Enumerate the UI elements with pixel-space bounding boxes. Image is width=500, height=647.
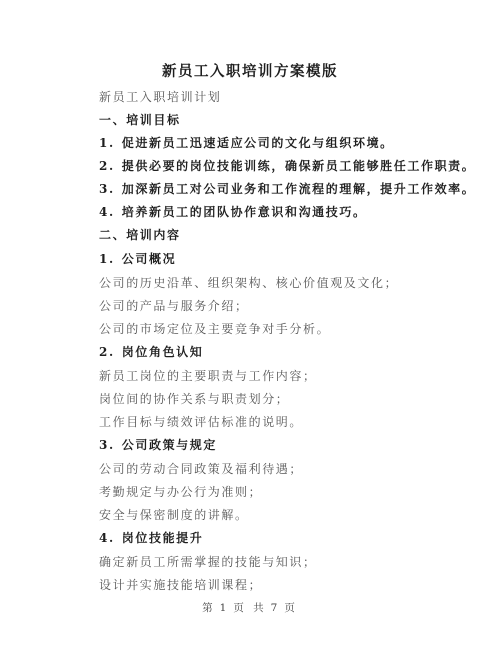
- document-subtitle: 新员工入职培训计划: [99, 88, 221, 105]
- goal-text: 促进新员工迅速适应公司的文化与组织环境。: [122, 136, 394, 150]
- content-line: 公司的产品与服务介绍；: [99, 297, 249, 314]
- subsection-number: 2.: [99, 345, 116, 359]
- content-line: 工作目标与绩效评估标准的说明。: [99, 413, 303, 430]
- goal-text: 加深新员工对公司业务和工作流程的理解，提升工作效率。: [122, 182, 476, 196]
- goal-number: 2.: [99, 159, 116, 173]
- subsection-title: 岗位技能提升: [122, 531, 204, 545]
- goal-number: 1.: [99, 136, 116, 150]
- content-line: 公司的历史沿革、组织架构、核心价值观及文化；: [99, 274, 398, 291]
- subsection-number: 3.: [99, 438, 116, 452]
- content-line: 确定新员工所需掌握的技能与知识；: [99, 553, 317, 570]
- goal-text: 培养新员工的团队协作意识和沟通技巧。: [122, 205, 367, 219]
- subsection-heading: 3. 公司政策与规定: [99, 436, 217, 453]
- subsection-heading: 1. 公司概况: [99, 250, 176, 267]
- content-line: 设计并实施技能培训课程；: [99, 576, 262, 593]
- goal-number: 3.: [99, 182, 116, 196]
- content-line: 公司的市场定位及主要竞争对手分析。: [99, 320, 330, 337]
- subsection-number: 4.: [99, 531, 116, 545]
- subsection-title: 公司概况: [122, 252, 176, 266]
- goal-number: 4.: [99, 205, 116, 219]
- footer-prefix: 第: [202, 602, 216, 614]
- footer-current-page: 1: [220, 602, 230, 614]
- content-line: 岗位间的协作关系与职责划分；: [99, 390, 289, 407]
- document-page: 新员工入职培训方案模版 新员工入职培训计划 一、培训目标 1. 促进新员工迅速适…: [0, 0, 500, 647]
- subsection-title: 公司政策与规定: [122, 438, 217, 452]
- section-heading-content: 二、培训内容: [99, 226, 181, 243]
- goal-item: 2. 提供必要的岗位技能训练，确保新员工能够胜任工作职责。: [99, 157, 475, 174]
- section-heading-goals: 一、培训目标: [99, 111, 181, 128]
- subsection-title: 岗位角色认知: [122, 345, 204, 359]
- goal-item: 3. 加深新员工对公司业务和工作流程的理解，提升工作效率。: [99, 180, 475, 197]
- content-line: 公司的劳动合同政策及福利待遇；: [99, 460, 303, 477]
- content-line: 新员工岗位的主要职责与工作内容；: [99, 367, 317, 384]
- content-line: 考勤规定与办公行为准则；: [99, 483, 262, 500]
- footer-suffix: 页: [284, 602, 298, 614]
- page-footer: 第1页 共7页: [0, 600, 500, 615]
- content-line: 安全与保密制度的讲解。: [99, 506, 249, 523]
- footer-total-pages: 7: [271, 602, 281, 614]
- goal-item: 4. 培养新员工的团队协作意识和沟通技巧。: [99, 203, 367, 220]
- subsection-heading: 4. 岗位技能提升: [99, 529, 203, 546]
- goal-item: 1. 促进新员工迅速适应公司的文化与组织环境。: [99, 134, 394, 151]
- subsection-heading: 2. 岗位角色认知: [99, 343, 203, 360]
- goal-text: 提供必要的岗位技能训练，确保新员工能够胜任工作职责。: [122, 159, 476, 173]
- footer-middle: 页 共: [233, 602, 266, 614]
- subsection-number: 1.: [99, 252, 116, 266]
- document-title: 新员工入职培训方案模版: [0, 60, 500, 81]
